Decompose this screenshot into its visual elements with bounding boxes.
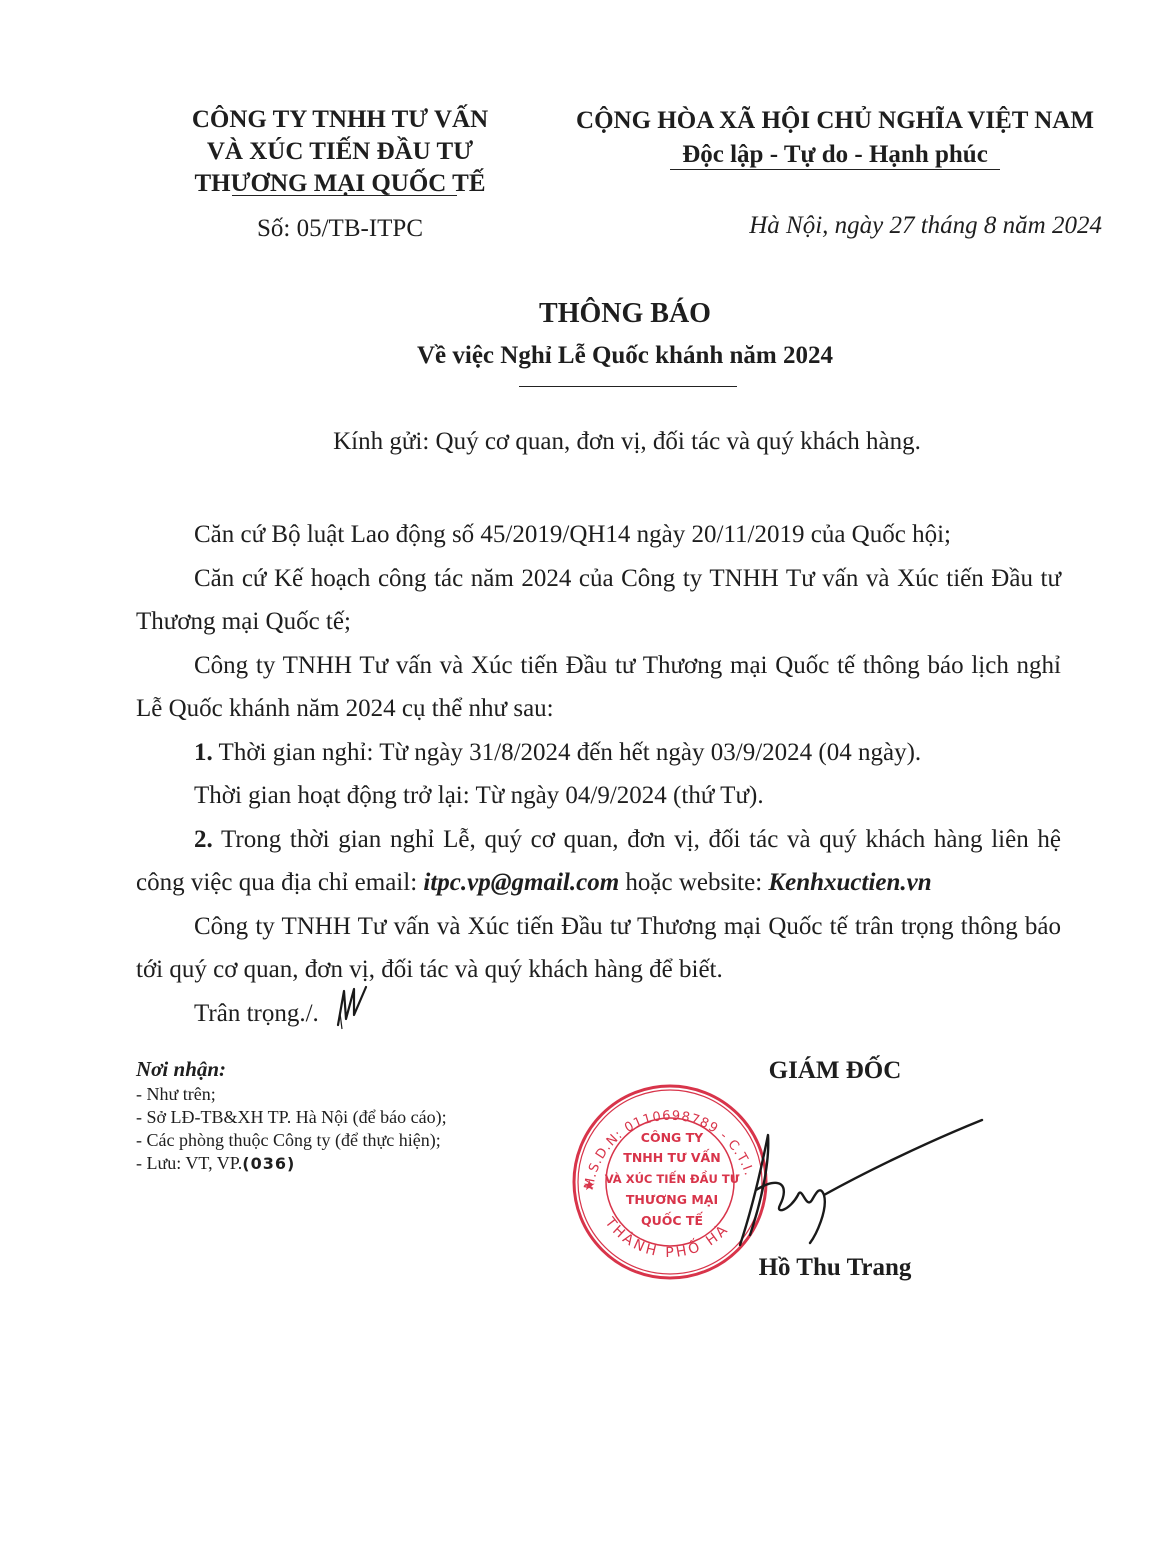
handwritten-copy-count: (036) (242, 1154, 295, 1173)
resume-date-item: Thời gian hoạt động trở lại: Từ ngày 04/… (136, 774, 1061, 818)
svg-text:★: ★ (583, 1178, 596, 1194)
org-line-2: VÀ XÚC TIẾN ĐẦU TƯ (160, 136, 520, 168)
item-number-1: 1. (194, 739, 213, 766)
recipient-item: - Như trên; (136, 1083, 556, 1106)
archive-label: - Lưu: VT, VP. (136, 1153, 242, 1173)
svg-text:THƯƠNG MẠI: THƯƠNG MẠI (626, 1192, 718, 1207)
initial-mark-icon (332, 985, 372, 1030)
announcement-intro: Công ty TNHH Tư vấn và Xúc tiến Đầu tư T… (136, 644, 1061, 731)
notice-closing-paragraph: Công ty TNHH Tư vấn và Xúc tiến Đầu tư T… (136, 905, 1061, 992)
recipients-block: Nơi nhận: - Như trên; - Sở LĐ-TB&XH TP. … (136, 1058, 556, 1175)
contact-website: Kenhxuctien.vn (768, 869, 931, 896)
document-subject: Về việc Nghỉ Lễ Quốc khánh năm 2024 (0, 342, 1174, 370)
svg-text:CÔNG TY: CÔNG TY (641, 1130, 704, 1145)
signer-name: Hồ Thu Trang (720, 1254, 950, 1282)
national-heading: CỘNG HÒA XÃ HỘI CHỦ NGHĨA VIỆT NAM Độc l… (555, 104, 1115, 172)
recipient-item: - Lưu: VT, VP.(036) (136, 1152, 556, 1175)
recipients-heading: Nơi nhận: (136, 1058, 556, 1081)
holiday-period-text: Thời gian nghỉ: Từ ngày 31/8/2024 đến hế… (213, 739, 921, 766)
recipient-item: - Sở LĐ-TB&XH TP. Hà Nội (để báo cáo); (136, 1106, 556, 1129)
motto-underline-divider (670, 169, 1000, 170)
org-line-1: CÔNG TY TNHH TƯ VẤN (160, 104, 520, 136)
greeting-line: Kính gửi: Quý cơ quan, đơn vị, đối tác v… (0, 428, 1174, 456)
document-body: Căn cứ Bộ luật Lao động số 45/2019/QH14 … (136, 513, 1061, 1035)
legal-basis-2: Căn cứ Kế hoạch công tác năm 2024 của Cô… (136, 557, 1061, 644)
contact-item: 2. Trong thời gian nghỉ Lễ, quý cơ quan,… (136, 818, 1061, 905)
title-divider (519, 386, 737, 387)
contact-email: itpc.vp@gmail.com (423, 869, 619, 896)
document-title: THÔNG BÁO (0, 298, 1174, 330)
signer-position: GIÁM ĐỐC (700, 1057, 970, 1085)
document-number: Số: 05/TB-ITPC (160, 215, 520, 243)
handwritten-signature-icon (720, 1115, 990, 1260)
issuing-organization: CÔNG TY TNHH TƯ VẤN VÀ XÚC TIẾN ĐẦU TƯ T… (160, 104, 520, 200)
closing-salutation: Trân trọng./. (136, 992, 1061, 1036)
org-underline-divider (232, 195, 457, 196)
recipient-item: - Các phòng thuộc Công ty (để thực hiện)… (136, 1129, 556, 1152)
nation-name: CỘNG HÒA XÃ HỘI CHỦ NGHĨA VIỆT NAM (555, 104, 1115, 138)
place-and-date: Hà Nội, ngày 27 tháng 8 năm 2024 (560, 212, 1102, 240)
contact-text-mid: hoặc website: (619, 869, 768, 896)
svg-text:QUỐC TẾ: QUỐC TẾ (641, 1211, 703, 1228)
legal-basis-1: Căn cứ Bộ luật Lao động số 45/2019/QH14 … (136, 513, 1061, 557)
svg-text:TNHH TƯ VẤN: TNHH TƯ VẤN (623, 1148, 720, 1165)
holiday-period-item: 1. Thời gian nghỉ: Từ ngày 31/8/2024 đến… (136, 731, 1061, 775)
national-motto: Độc lập - Tự do - Hạnh phúc (555, 138, 1115, 172)
item-number-2: 2. (194, 826, 213, 853)
